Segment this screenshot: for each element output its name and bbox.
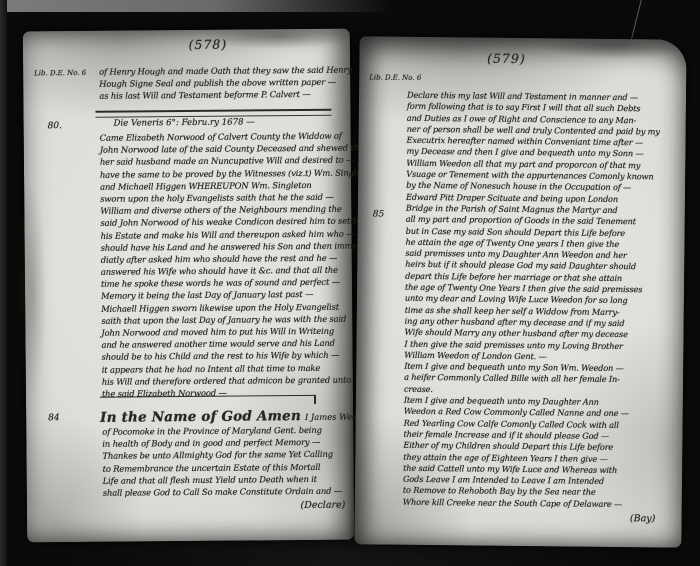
stain [539, 32, 689, 60]
film-edge [0, 0, 7, 566]
liber-reference-left: Lib. D.E. No. 6 [34, 69, 86, 77]
microfilm-scan: (578) Lib. D.E. No. 6 80. 84 of Henry Ho… [0, 0, 700, 566]
manuscript-page-left: (578) Lib. D.E. No. 6 80. 84 of Henry Ho… [23, 29, 354, 543]
film-glare [0, 0, 390, 12]
attestation-paragraph: of Henry Hough and made Oath that they s… [99, 65, 352, 104]
catchword-right: (Bay) [583, 513, 700, 525]
will-paragraph: of Pocomoke in the Province of Maryland … [102, 425, 342, 500]
rule-divider [95, 109, 331, 118]
manuscript-page-right: (579) Lib. D.E. No. 6 85 Declare this my… [354, 36, 686, 547]
text-line: as his last Will and Testament beforme P… [99, 89, 352, 103]
probate-paragraph: Came Elizabeth Norwood of Calvert County… [100, 130, 377, 401]
entry-number-80: 80. [48, 121, 62, 131]
film-scratch [630, 0, 642, 41]
rule-divider [100, 395, 316, 406]
liber-reference-right: Lib. D.E. No. 6 [369, 73, 421, 82]
text-line: shall please God to Call So make Constit… [103, 486, 342, 500]
entry-number-85: 85 [373, 209, 385, 219]
page-number-left: (578) [153, 36, 263, 52]
will-heading: In the Name of God AmenI James Weedon — [100, 404, 384, 425]
text-line: Whore kill Creeke near the South Cape of… [403, 496, 656, 510]
text-column-right: Declare this my last Will and Testament … [408, 37, 674, 40]
entry-number-84: 84 [48, 413, 60, 423]
stain [16, 181, 48, 401]
testament-paragraph: Declare this my last Will and Testament … [403, 90, 660, 511]
page-number-right: (579) [451, 50, 561, 66]
text-column-left: of Henry Hough and made Oath that they s… [99, 29, 345, 31]
court-date-line: Die Veneris 6°: Febru.ry 1678 — [114, 117, 255, 128]
will-heading-script: In the Name of God Amen [100, 408, 301, 426]
